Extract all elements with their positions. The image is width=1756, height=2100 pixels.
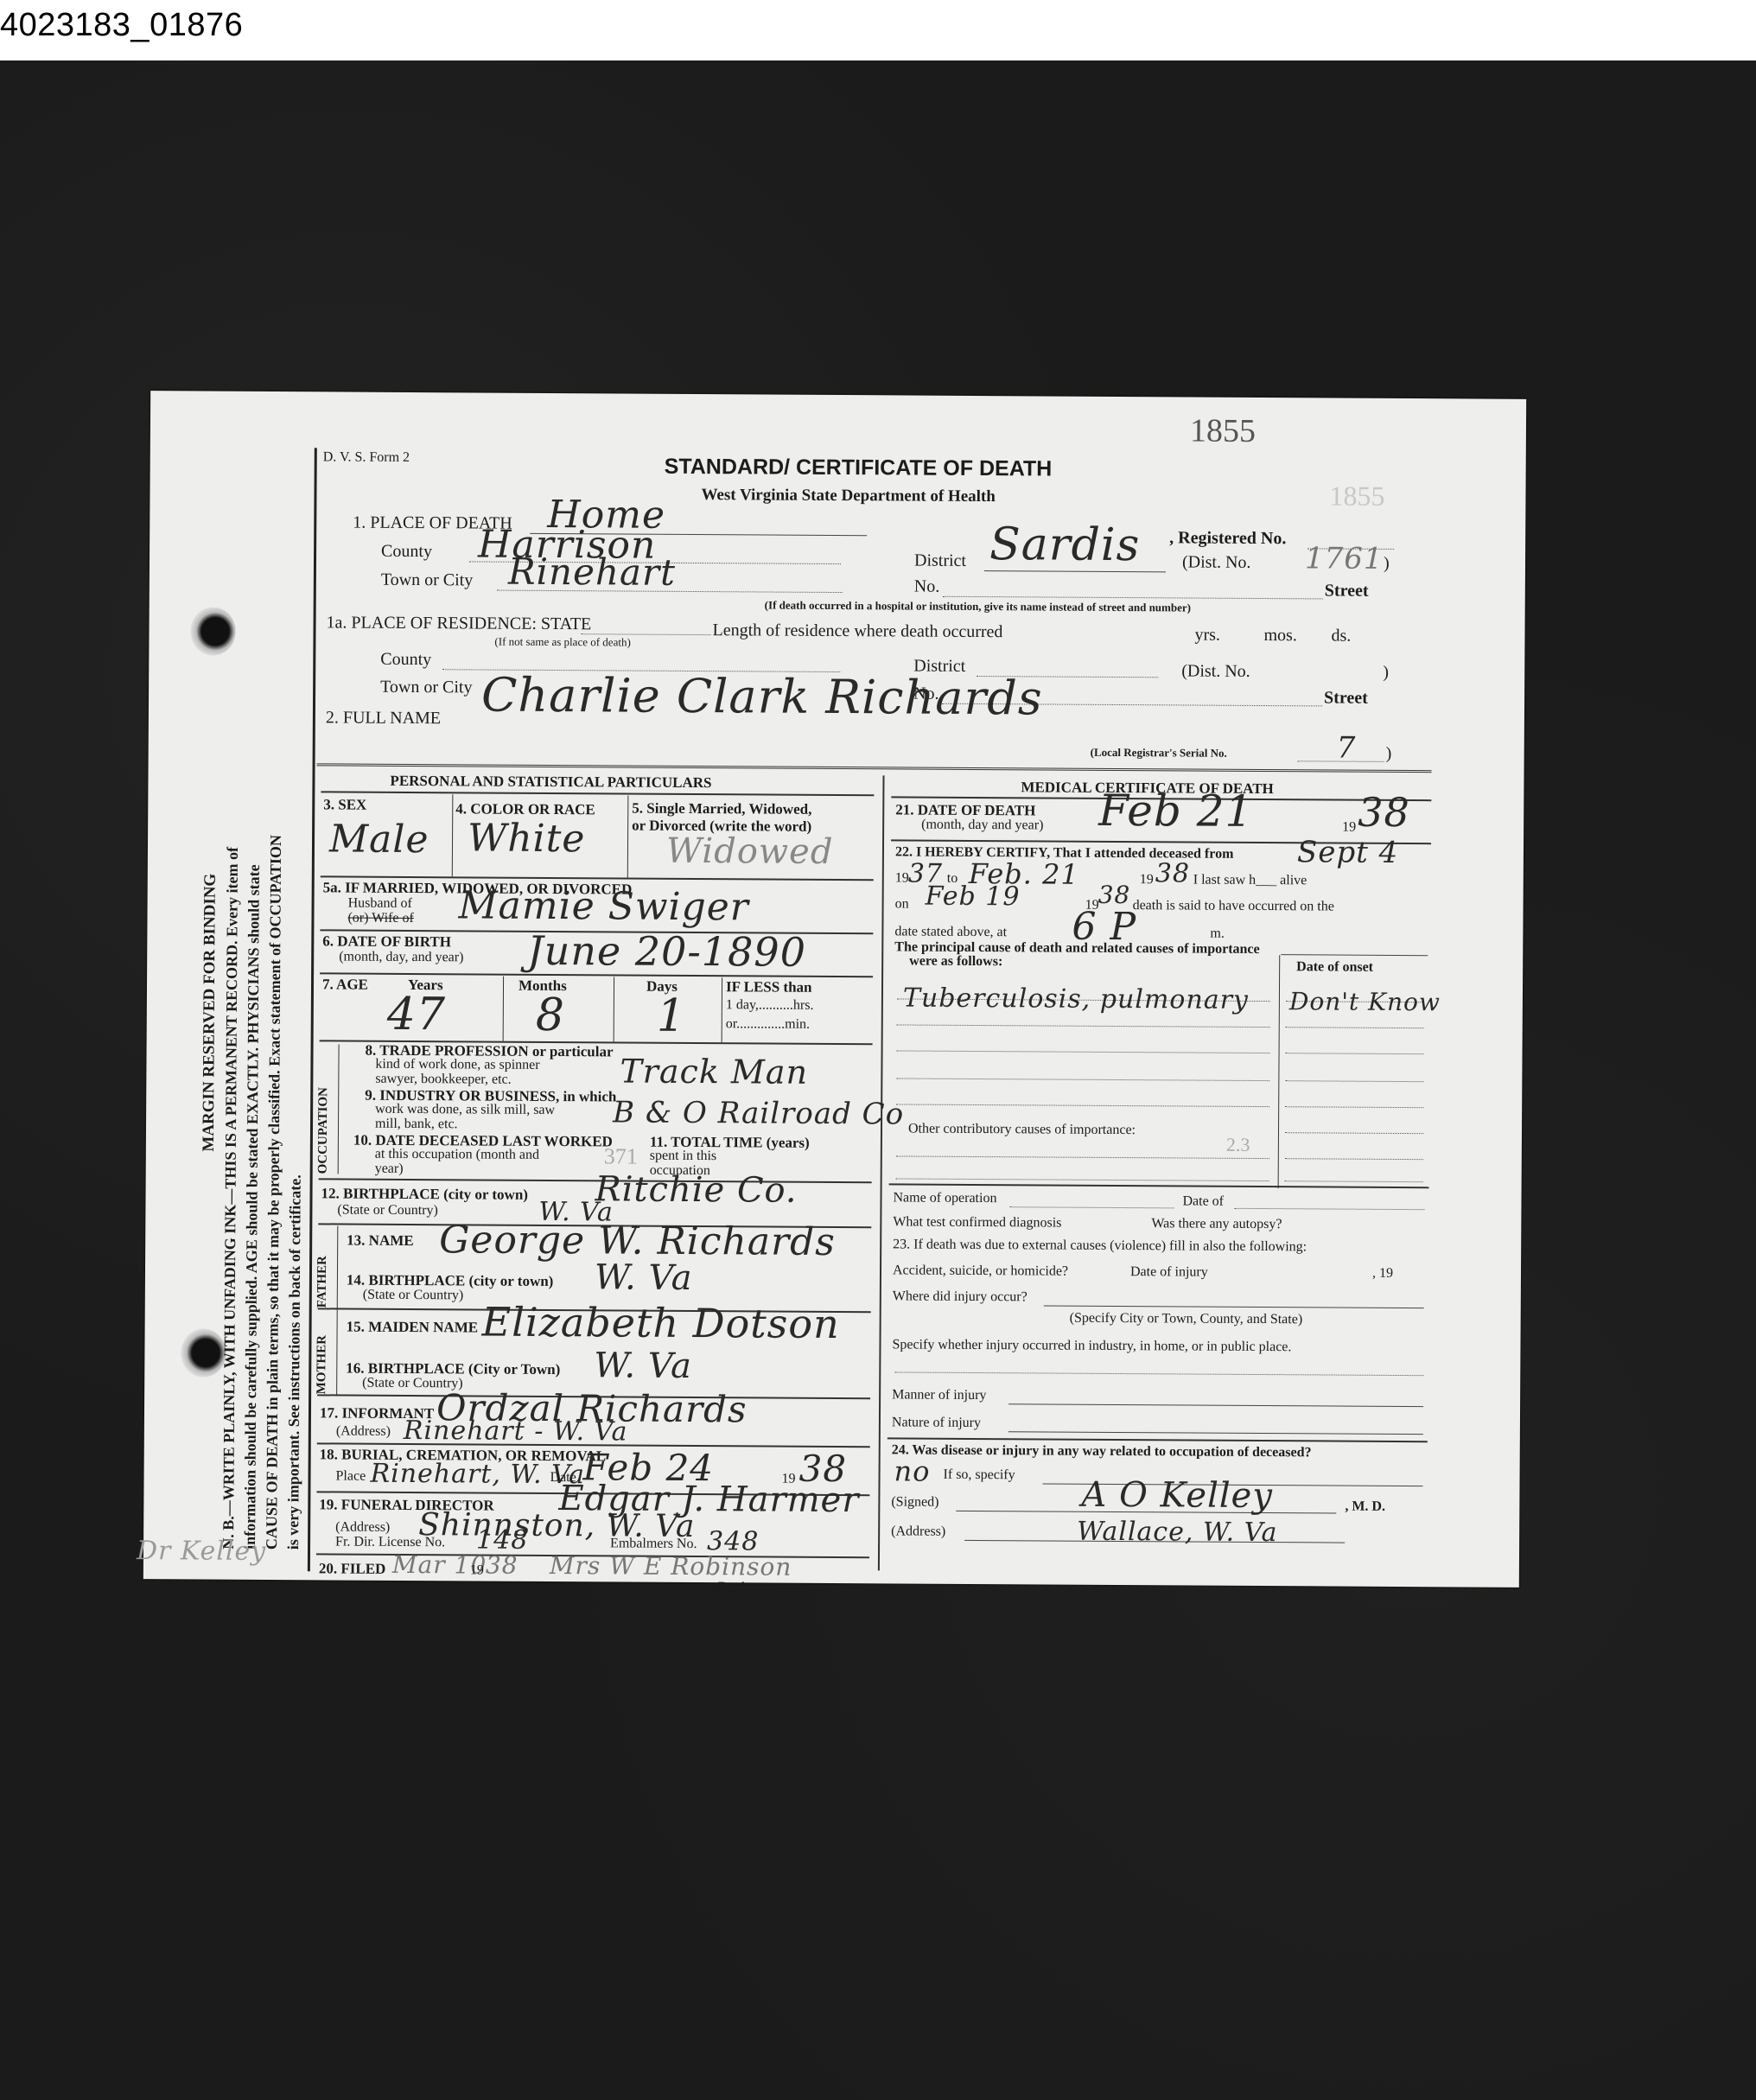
occupation-side-label: OCCUPATION bbox=[316, 1087, 332, 1174]
m-label: m. bbox=[1210, 926, 1225, 942]
hospital-note: (If death occurred in a hospital or inst… bbox=[765, 598, 1191, 614]
town-label: Town or City bbox=[381, 570, 474, 591]
from-year-prefix: 19 bbox=[895, 870, 909, 886]
last-worked-label-3: year) bbox=[375, 1161, 404, 1177]
total-time-label-2: spent in this bbox=[650, 1149, 716, 1164]
age-label: 7. AGE bbox=[322, 976, 368, 993]
wife-of-label: (or) Wife of bbox=[347, 911, 413, 926]
father-name-label: 13. NAME bbox=[347, 1232, 414, 1250]
industry-label-3: mill, bank, etc. bbox=[375, 1117, 458, 1133]
dob-value: June 20-1890 bbox=[527, 927, 806, 976]
accident-label: Accident, suicide, or homicide? bbox=[893, 1263, 1068, 1279]
personal-heading: PERSONAL AND STATISTICAL PARTICULARS bbox=[390, 773, 711, 792]
file-id-label: 4023183_01876 bbox=[0, 7, 243, 44]
mother-name-label: 15. MAIDEN NAME bbox=[347, 1319, 479, 1337]
autopsy-label: Was there any autopsy? bbox=[1151, 1216, 1282, 1232]
father-side-label: FATHER bbox=[315, 1256, 330, 1308]
district-value: Sardis bbox=[989, 519, 1140, 571]
onset-value: Don't Know bbox=[1289, 987, 1441, 1016]
min-label: or..............min. bbox=[726, 1016, 810, 1033]
marital-value: Widowed bbox=[666, 831, 834, 872]
spouse-value: Mamie Swiger bbox=[458, 883, 749, 929]
mos-label: mos. bbox=[1263, 626, 1296, 646]
to-year-prefix: 19 bbox=[1140, 872, 1154, 888]
less-than-label: IF LESS than bbox=[726, 978, 812, 996]
faint-stamp: 1855 bbox=[1329, 480, 1384, 512]
dod-year-value: 38 bbox=[1358, 789, 1410, 836]
full-name-label: 2. FULL NAME bbox=[326, 708, 441, 729]
residence-county-label: County bbox=[380, 650, 431, 670]
mother-name-value: Elizabeth Dotson bbox=[481, 1299, 839, 1348]
injury-year-label: , 19 bbox=[1372, 1266, 1393, 1282]
punch-hole bbox=[181, 1328, 226, 1377]
physician-signature: A O Kelley bbox=[1081, 1475, 1273, 1516]
father-birthplace-value: W. Va bbox=[595, 1257, 693, 1298]
residence-label: 1a. PLACE OF RESIDENCE: STATE bbox=[327, 613, 592, 634]
form-id: D. V. S. Form 2 bbox=[323, 449, 410, 466]
signed-label: (Signed) bbox=[891, 1494, 938, 1510]
cause-of-death-value: Tuberculosis, pulmonary bbox=[903, 983, 1249, 1015]
mother-birthplace-value: W. Va bbox=[594, 1346, 692, 1386]
district-label: District bbox=[914, 551, 966, 571]
county-label: County bbox=[381, 542, 432, 562]
birthplace-sub-label: (State or Country) bbox=[337, 1202, 438, 1219]
filed-year-prefix: 19 bbox=[470, 1562, 484, 1578]
occupation-related-answer: no bbox=[894, 1454, 930, 1487]
specify-injury-label: Specify whether injury occurred in indus… bbox=[892, 1337, 1291, 1355]
dist-no-value: 1761 bbox=[1305, 541, 1384, 576]
dod-year-prefix: 19 bbox=[1342, 820, 1356, 836]
occupation-related-question: 24. Was disease or injury in any way rel… bbox=[892, 1442, 1312, 1460]
trade-value: Track Man bbox=[620, 1052, 808, 1091]
filed-year-value: 38 bbox=[486, 1551, 519, 1580]
residence-dist-no-label: (Dist. No. bbox=[1181, 661, 1250, 681]
margin-binding-label: MARGIN RESERVED FOR BINDING bbox=[200, 874, 220, 1152]
death-certificate: MARGIN RESERVED FOR BINDING N. B.—WRITE … bbox=[143, 391, 1526, 1588]
margin-instruction-1: N. B.—WRITE PLAINLY, WITH UNFADING INK—T… bbox=[219, 847, 242, 1550]
father-birthplace-sub: (State or Country) bbox=[363, 1288, 464, 1304]
certificate-title: STANDARD/ CERTIFICATE OF DEATH bbox=[665, 455, 1053, 482]
sex-value: Male bbox=[329, 817, 429, 862]
dod-sub-label: (month, day and year) bbox=[921, 818, 1043, 834]
stamp-number: 1855 bbox=[1190, 411, 1256, 449]
age-months-value: 8 bbox=[536, 990, 565, 1041]
sex-label: 3. SEX bbox=[323, 796, 366, 813]
dod-value: Feb 21 bbox=[1098, 786, 1253, 837]
time-label: date stated above, at bbox=[894, 924, 1007, 940]
serial-no-value: 7 bbox=[1337, 731, 1357, 766]
race-value: White bbox=[468, 816, 586, 861]
last-saw-label: I last saw h___ alive bbox=[1193, 873, 1307, 889]
informant-address-label: (Address) bbox=[336, 1423, 391, 1439]
mother-side-label: MOTHER bbox=[315, 1335, 329, 1394]
yrs-label: yrs. bbox=[1194, 626, 1220, 646]
trade-label-3: sawyer, bookkeeper, etc. bbox=[375, 1072, 511, 1088]
dist-no-label: (Dist. No. bbox=[1182, 552, 1251, 572]
license-label: Fr. Dir. License No. bbox=[335, 1534, 445, 1550]
margin-instruction-3: CAUSE OF DEATH in plain terms, so that i… bbox=[263, 835, 285, 1550]
to-year-value: 38 bbox=[1155, 858, 1190, 888]
on-label: on bbox=[895, 896, 909, 912]
birthplace-city-value: Ritchie Co. bbox=[595, 1169, 797, 1210]
serial-no-label: (Local Registrar's Serial No. bbox=[1091, 746, 1227, 760]
margin-instruction-4: is very important. See instructions on b… bbox=[284, 1174, 305, 1550]
town-value: Rinehart bbox=[508, 550, 676, 594]
punch-hole bbox=[190, 607, 235, 655]
cause-intro-2: were as follows: bbox=[909, 954, 1002, 970]
medical-pencil-code: 2.3 bbox=[1226, 1134, 1250, 1156]
physician-address-value: Wallace, W. Va bbox=[1077, 1517, 1277, 1548]
operation-date-label: Date of bbox=[1182, 1193, 1224, 1209]
where-injury-label: Where did injury occur? bbox=[893, 1289, 1028, 1305]
external-causes-label: 23. If death was due to external causes … bbox=[893, 1237, 1307, 1255]
street-label: Street bbox=[1325, 581, 1369, 601]
funeral-address-label: (Address) bbox=[335, 1519, 390, 1535]
residence-note: (If not same as place of death) bbox=[494, 635, 630, 650]
age-years-value: 47 bbox=[387, 989, 447, 1040]
ds-label: ds. bbox=[1331, 627, 1351, 646]
length-of-residence-label: Length of residence where death occurred bbox=[712, 620, 1002, 642]
certificate-subtitle: West Virginia State Department of Health bbox=[701, 486, 996, 506]
margin-note: Dr Kelley bbox=[137, 1536, 266, 1567]
residence-town-label: Town or City bbox=[380, 678, 473, 698]
hrs-label: 1 day,..........hrs. bbox=[726, 997, 814, 1014]
embalmer-label: Embalmers No. bbox=[610, 1536, 697, 1552]
industry-value: B & O Railroad Co bbox=[613, 1095, 904, 1131]
nature-label: Nature of injury bbox=[892, 1415, 981, 1431]
burial-place-label: Place bbox=[335, 1468, 366, 1484]
manner-label: Manner of injury bbox=[892, 1387, 986, 1403]
residence-street-label: Street bbox=[1324, 688, 1368, 708]
onset-label: Date of onset bbox=[1296, 959, 1373, 976]
occupation-pencil-code: 371 bbox=[604, 1143, 638, 1169]
if-so-label: If so, specify bbox=[944, 1467, 1015, 1484]
operation-label: Name of operation bbox=[893, 1190, 996, 1206]
informant-address-value: Rinehart - W. Va bbox=[404, 1416, 628, 1448]
registrar-value: Mrs W E Robinson bbox=[550, 1551, 792, 1581]
registered-no-label: , Registered No. bbox=[1169, 528, 1286, 549]
attended-from-value: Sept 4 bbox=[1297, 835, 1399, 870]
last-seen-value: Feb 19 bbox=[926, 881, 1021, 913]
margin-divider bbox=[308, 448, 317, 1571]
other-causes-label: Other contributory causes of importance: bbox=[908, 1122, 1136, 1139]
md-label: , M. D. bbox=[1345, 1499, 1385, 1515]
test-label: What test confirmed diagnosis bbox=[893, 1214, 1061, 1231]
filed-label: 20. FILED bbox=[319, 1560, 386, 1577]
street-no-label: No. bbox=[914, 577, 940, 597]
full-name-value: Charlie Clark Richards bbox=[481, 667, 1043, 725]
margin-instruction-2: information should be carefully supplied… bbox=[241, 864, 264, 1550]
physician-address-label: (Address) bbox=[891, 1524, 945, 1539]
birthplace-label: 12. BIRTHPLACE (city or town) bbox=[321, 1185, 528, 1203]
injury-date-label: Date of injury bbox=[1130, 1264, 1208, 1281]
death-occurred-label: death is said to have occurred on the bbox=[1133, 898, 1334, 914]
marital-label-1: 5. Single Married, Widowed, bbox=[632, 800, 811, 818]
registrar-label: Registrar. bbox=[718, 1580, 776, 1595]
age-days-value: 1 bbox=[657, 990, 686, 1042]
where-injury-sub: (Specify City or Town, County, and State… bbox=[1070, 1311, 1303, 1328]
dob-sub-label: (month, day, and year) bbox=[339, 949, 463, 965]
husband-of-label: Husband of bbox=[348, 896, 412, 912]
dob-label: 6. DATE OF BIRTH bbox=[322, 932, 451, 951]
